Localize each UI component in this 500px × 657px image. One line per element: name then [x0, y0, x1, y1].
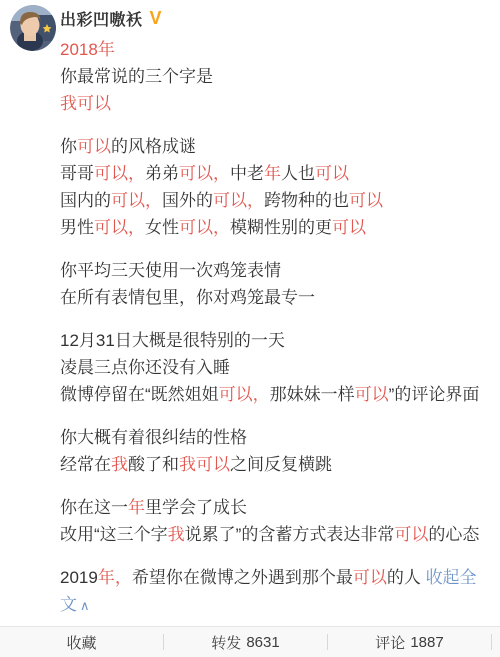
post-text: 国外的	[162, 191, 213, 210]
post-text: 人也	[281, 164, 315, 183]
comment-count: 1887	[410, 634, 443, 651]
post-text: 跨物种的也	[264, 191, 349, 210]
highlight-keyword: 可以	[353, 568, 387, 587]
repost-button[interactable]: 转发 8631	[164, 634, 328, 650]
highlight-keyword: 可以，	[213, 191, 264, 210]
post-text: 改用“这三个字	[60, 525, 168, 544]
post-text: 里学会了成长	[145, 498, 247, 517]
favorite-button[interactable]: 收藏	[0, 634, 164, 650]
highlight-keyword: 可以	[77, 137, 111, 156]
highlight-keyword: 可以	[315, 164, 349, 183]
post-text: 你平均三天使用一次鸡笼表情	[60, 261, 281, 280]
post-text: 你大概有着很纠结的性格	[60, 428, 247, 447]
post-text: 经常在	[60, 455, 111, 474]
post-text: 国内的	[60, 191, 111, 210]
highlight-keyword: 年	[264, 164, 281, 183]
post-text: 的风格成谜	[111, 137, 196, 156]
post-text: 模糊性别的更	[230, 218, 332, 237]
post-text: 在所有表情包里，你对鸡笼最专一	[60, 288, 315, 307]
highlight-keyword: 2018年	[60, 40, 115, 59]
post-text: 希望你在微博之外遇到那个最	[132, 568, 353, 587]
post-text: 酸了和	[128, 455, 179, 474]
post-text: 2019	[60, 568, 98, 587]
highlight-keyword: 可以	[332, 218, 366, 237]
post-content: 2018年你最常说的三个字是我可以你可以的风格成谜哥哥可以，弟弟可以，中老年人也…	[60, 36, 484, 619]
post-text: 中老	[230, 164, 264, 183]
highlight-keyword: 可以	[349, 191, 383, 210]
like-section-cutoff	[492, 634, 500, 650]
comment-button[interactable]: 评论 1887	[328, 634, 492, 650]
post-text: 的人	[387, 568, 426, 587]
favorite-label: 收藏	[66, 632, 96, 653]
highlight-keyword: 可以，	[111, 191, 162, 210]
highlight-keyword: 可以，	[179, 218, 230, 237]
post-text: 弟弟	[145, 164, 179, 183]
avatar-image	[10, 5, 56, 51]
post-text: 微博停留在“既然姐姐	[60, 385, 219, 404]
repost-count: 8631	[246, 634, 279, 651]
highlight-keyword: 可以，	[94, 218, 145, 237]
post-header: 出彩凹嗷袄 V	[60, 6, 484, 30]
highlight-keyword: 可以	[394, 525, 428, 544]
post-text: 说累了”的含蓄方式表达非常	[185, 525, 395, 544]
action-bar: 收藏 转发 8631 评论 1887	[0, 626, 500, 657]
repost-label: 转发	[211, 632, 241, 653]
highlight-keyword: 我可以	[179, 455, 230, 474]
post-text: 你	[60, 137, 77, 156]
highlight-keyword: 年	[128, 498, 145, 517]
post-text: ”的评论界面	[389, 385, 480, 404]
post-text: 男性	[60, 218, 94, 237]
avatar[interactable]	[10, 5, 56, 51]
highlight-keyword: 我可以	[60, 94, 111, 113]
post-text: 凌晨三点你还没有入睡	[60, 358, 230, 377]
post-text: 之间反复横跳	[230, 455, 332, 474]
highlight-keyword: 我	[111, 455, 128, 474]
highlight-keyword: 我	[168, 525, 185, 544]
highlight-keyword: 可以，	[94, 164, 145, 183]
username[interactable]: 出彩凹嗷袄	[60, 7, 143, 30]
highlight-keyword: 年，	[98, 568, 132, 587]
verified-v-badge: V	[150, 9, 162, 27]
highlight-keyword: 可以，	[219, 385, 270, 404]
highlight-keyword: 可以，	[179, 164, 230, 183]
comment-label: 评论	[375, 632, 405, 653]
post-text: 你最常说的三个字是	[60, 67, 213, 86]
highlight-keyword: 可以	[355, 385, 389, 404]
weibo-post: 出彩凹嗷袄 V 2018年你最常说的三个字是我可以你可以的风格成谜哥哥可以，弟弟…	[0, 0, 500, 655]
post-text: 那妹妹一样	[270, 385, 355, 404]
chevron-up-icon[interactable]: ∧	[80, 598, 90, 613]
post-text: 哥哥	[60, 164, 94, 183]
post-text: 的心态	[428, 525, 479, 544]
post-text: 你在这一	[60, 498, 128, 517]
post-text: 12月31日大概是很特别的一天	[60, 331, 285, 350]
post-text: 女性	[145, 218, 179, 237]
